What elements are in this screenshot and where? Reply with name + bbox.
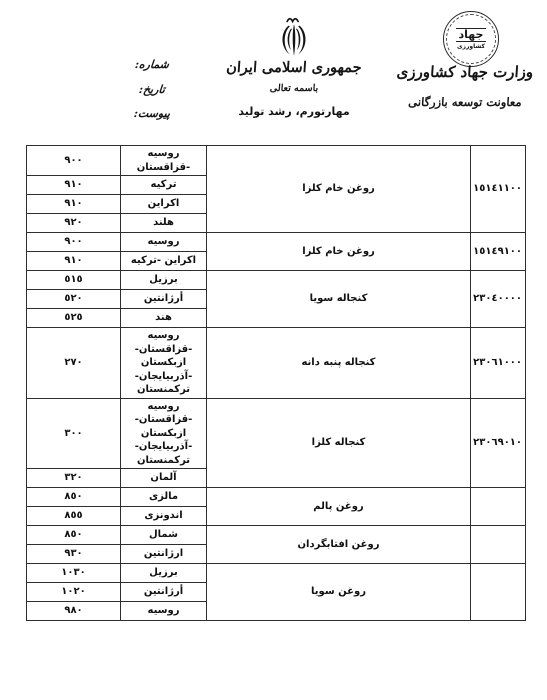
country-cell: روسیه <box>121 233 207 252</box>
price-table-body: ١٥١٤١١٠٠روغن خام کلزاروسیه -قزاقستان٩٠٠ت… <box>27 146 526 621</box>
table-row: ١٥١٤٩١٠٠روغن خام کلزاروسیه٩٠٠ <box>27 233 526 252</box>
price-cell: ٨٥٠ <box>27 526 121 545</box>
code-cell: ٢٣٠٦٩٠١٠ <box>471 398 526 488</box>
country-cell: ترکیه <box>121 176 207 195</box>
price-table: ١٥١٤١١٠٠روغن خام کلزاروسیه -قزاقستان٩٠٠ت… <box>26 145 526 621</box>
price-cell: ٩٨٠ <box>27 602 121 621</box>
logo-ring <box>446 14 496 64</box>
code-cell: ٢٣٠٤٠٠٠٠ <box>471 271 526 328</box>
product-cell: روغن پالم <box>207 488 471 526</box>
date-label: تاریخ: <box>127 83 176 96</box>
price-cell: ٥٢٠ <box>27 290 121 309</box>
jahad-agriculture-logo: جهاد کشاورزی <box>443 11 499 67</box>
table-row: ٢٣٠٦١٠٠٠کنجاله پنبه دانهروسیه -قزاقستان-… <box>27 328 526 399</box>
price-cell: ٨٥٠ <box>27 488 121 507</box>
iran-emblem-icon <box>272 16 316 60</box>
code-cell <box>471 488 526 526</box>
country-cell: ارژانتین <box>121 545 207 564</box>
code-cell <box>471 564 526 621</box>
country-cell: روسیه -قزاقستان- ازبکستان -آذربیایجان- ت… <box>121 398 207 469</box>
price-cell: ٩١٠ <box>27 176 121 195</box>
table-row: روغن سویابرزیل١٠٣٠ <box>27 564 526 583</box>
price-cell: ٥٢٥ <box>27 309 121 328</box>
basmala: باسمه تعالی <box>238 83 351 94</box>
country-cell: أرژانتین <box>121 583 207 602</box>
price-cell: ٩٠٠ <box>27 146 121 176</box>
country-cell: أرژانتین <box>121 290 207 309</box>
country-cell: روسیه -قزاقستان <box>121 146 207 176</box>
code-cell <box>471 526 526 564</box>
price-cell: ٣٢٠ <box>27 469 121 488</box>
country-cell: اندونزی <box>121 507 207 526</box>
attachment-label: پیوست: <box>127 107 176 120</box>
country-cell: اکراین -ترکیه <box>121 252 207 271</box>
price-cell: ٣٠٠ <box>27 398 121 469</box>
ministry-title: وزارت جهاد کشاورزی <box>392 63 537 81</box>
price-cell: ٢٧٠ <box>27 328 121 399</box>
country-cell: برزیل <box>121 564 207 583</box>
country-cell: روسیه -قزاقستان- ازبکستان -آذربیایجان- ت… <box>121 328 207 399</box>
year-slogan: مهارتورم، رشد تولید <box>223 105 365 118</box>
country-cell: برزیل <box>121 271 207 290</box>
country-cell: هلند <box>121 214 207 233</box>
product-cell: کنجاله پنبه دانه <box>207 328 471 399</box>
code-cell: ١٥١٤١١٠٠ <box>471 146 526 233</box>
code-cell: ٢٣٠٦١٠٠٠ <box>471 328 526 399</box>
country-cell: اکراین <box>121 195 207 214</box>
table-row: ٢٣٠٤٠٠٠٠کنجاله سویابرزیل٥١٥ <box>27 271 526 290</box>
price-cell: ١٠٢٠ <box>27 583 121 602</box>
country-cell: هند <box>121 309 207 328</box>
number-label: شماره: <box>127 58 176 71</box>
product-cell: روغن خام کلزا <box>207 146 471 233</box>
price-cell: ٥١٥ <box>27 271 121 290</box>
price-cell: ٨٥٥ <box>27 507 121 526</box>
price-cell: ١٠٣٠ <box>27 564 121 583</box>
table-row: ١٥١٤١١٠٠روغن خام کلزاروسیه -قزاقستان٩٠٠ <box>27 146 526 176</box>
page: جهاد کشاورزی وزارت جهاد کشاورزی معاونت ت… <box>0 0 547 700</box>
table-row: روغن پالممالزی٨٥٠ <box>27 488 526 507</box>
price-cell: ٩١٠ <box>27 252 121 271</box>
country-cell: شمال <box>121 526 207 545</box>
price-cell: ٩٠٠ <box>27 233 121 252</box>
product-cell: روغن خام کلزا <box>207 233 471 271</box>
product-cell: کنجاله سویا <box>207 271 471 328</box>
state-name: جمهوری اسلامی ایران <box>212 59 375 76</box>
price-cell: ٩٢٠ <box>27 214 121 233</box>
product-cell: روغن افتابگردان <box>207 526 471 564</box>
product-cell: روغن سویا <box>207 564 471 621</box>
department-title: معاونت توسعه بازرگانی <box>403 95 528 109</box>
country-cell: روسیه <box>121 602 207 621</box>
country-cell: آلمان <box>121 469 207 488</box>
price-cell: ٩٣٠ <box>27 545 121 564</box>
table-row: ٢٣٠٦٩٠١٠کنجاله کلزاروسیه -قزاقستان- ازبک… <box>27 398 526 469</box>
country-cell: مالزی <box>121 488 207 507</box>
price-cell: ٩١٠ <box>27 195 121 214</box>
code-cell: ١٥١٤٩١٠٠ <box>471 233 526 271</box>
table-row: روغن افتابگردانشمال٨٥٠ <box>27 526 526 545</box>
product-cell: کنجاله کلزا <box>207 398 471 488</box>
